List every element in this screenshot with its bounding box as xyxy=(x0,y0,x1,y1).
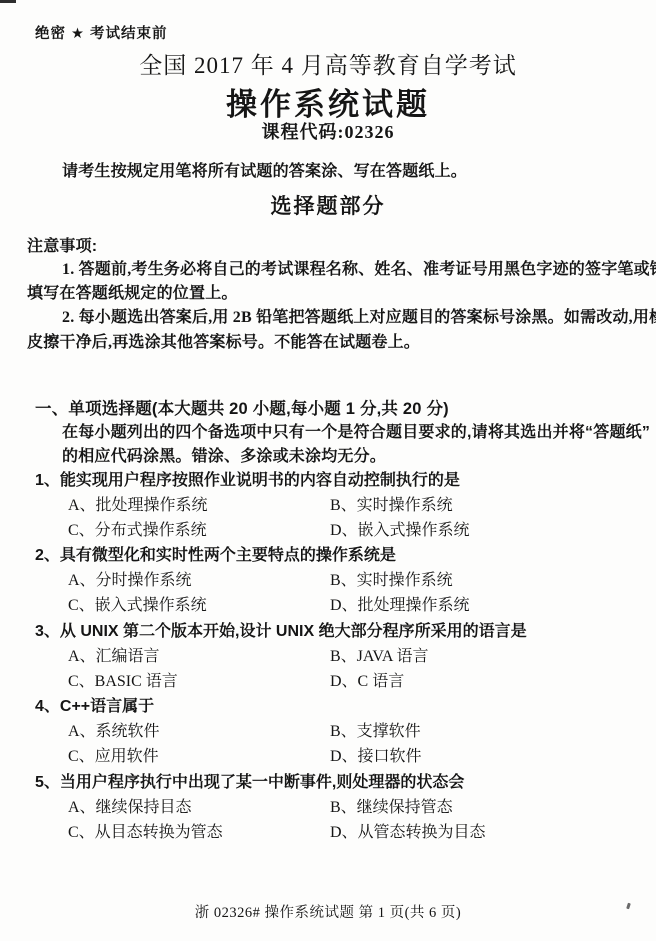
question-5-option-c: C、从目态转换为管态 xyxy=(68,819,223,842)
scan-artifact-mark xyxy=(0,0,16,3)
question-3-option-c: C、BASIC 语言 xyxy=(68,668,178,691)
question-5-option-b: B、继续保持管态 xyxy=(330,794,453,817)
question-3-options-row-2: C、BASIC 语言 D、C 语言 xyxy=(0,668,656,693)
question-1-stem: 1、能实现用户程序按照作业说明书的内容自动控制执行的是 xyxy=(0,467,656,492)
course-code: 课程代码:02326 xyxy=(0,118,656,144)
question-2-option-a: A、分时操作系统 xyxy=(68,567,192,590)
question-5-option-a: A、继续保持目态 xyxy=(68,794,192,817)
question-2-option-c: C、嵌入式操作系统 xyxy=(68,592,207,615)
section-one-instruction-line-1: 在每小题列出的四个备选项中只有一个是符合题目要求的,请将其选出并将“答题纸” xyxy=(62,419,650,442)
question-2-options-row-2: C、嵌入式操作系统 D、批处理操作系统 xyxy=(0,592,656,617)
question-1-option-b: B、实时操作系统 xyxy=(330,492,453,515)
notes-title: 注意事项: xyxy=(27,233,97,256)
question-4-option-a: A、系统软件 xyxy=(68,718,160,741)
question-1: 1、能实现用户程序按照作业说明书的内容自动控制执行的是 A、批处理操作系统 B、… xyxy=(0,467,656,542)
question-4-options-row-2: C、应用软件 D、接口软件 xyxy=(0,743,656,768)
question-3-stem: 3、从 UNIX 第二个版本开始,设计 UNIX 绝大部分程序所采用的语言是 xyxy=(0,618,656,643)
note-2-line-1: 2. 每小题选出答案后,用 2B 铅笔把答题纸上对应题目的答案标号涂黑。如需改动… xyxy=(62,304,656,327)
question-1-options-row-1: A、批处理操作系统 B、实时操作系统 xyxy=(0,492,656,517)
question-1-option-a: A、批处理操作系统 xyxy=(68,492,208,515)
question-1-option-c: C、分布式操作系统 xyxy=(68,517,207,540)
question-4-option-b: B、支撑软件 xyxy=(330,718,421,741)
section-part-heading: 选择题部分 xyxy=(0,190,656,220)
question-5-options-row-1: A、继续保持目态 B、继续保持管态 xyxy=(0,794,656,819)
question-5-stem: 5、当用户程序执行中出现了某一中断事件,则处理器的状态会 xyxy=(0,769,656,794)
question-3-options-row-1: A、汇编语言 B、JAVA 语言 xyxy=(0,643,656,668)
question-4-option-d: D、接口软件 xyxy=(330,743,422,766)
note-1-line-1: 1. 答题前,考生务必将自己的考试课程名称、姓名、准考证号用黑色字迹的签字笔或钢… xyxy=(62,256,656,279)
question-4-options-row-1: A、系统软件 B、支撑软件 xyxy=(0,718,656,743)
question-2-stem: 2、具有微型化和实时性两个主要特点的操作系统是 xyxy=(0,542,656,567)
question-4-option-c: C、应用软件 xyxy=(68,743,159,766)
question-2-option-d: D、批处理操作系统 xyxy=(330,592,470,615)
section-one-heading: 一、单项选择题(本大题共 20 小题,每小题 1 分,共 20 分) xyxy=(35,395,449,419)
question-1-options-row-2: C、分布式操作系统 D、嵌入式操作系统 xyxy=(0,517,656,542)
question-4: 4、C++语言属于 A、系统软件 B、支撑软件 C、应用软件 D、接口软件 xyxy=(0,693,656,768)
question-3-option-a: A、汇编语言 xyxy=(68,643,160,666)
question-2-option-b: B、实时操作系统 xyxy=(330,567,453,590)
question-2: 2、具有微型化和实时性两个主要特点的操作系统是 A、分时操作系统 B、实时操作系… xyxy=(0,542,656,617)
question-5: 5、当用户程序执行中出现了某一中断事件,则处理器的状态会 A、继续保持目态 B、… xyxy=(0,769,656,844)
question-4-stem: 4、C++语言属于 xyxy=(0,693,656,718)
classification-label: 绝密 ★ 考试结束前 xyxy=(35,22,168,43)
question-3-option-b: B、JAVA 语言 xyxy=(330,643,429,666)
note-1-line-2: 填写在答题纸规定的位置上。 xyxy=(27,280,238,303)
question-2-options-row-1: A、分时操作系统 B、实时操作系统 xyxy=(0,567,656,592)
section-one-instruction-line-2: 的相应代码涂黑。错涂、多涂或未涂均无分。 xyxy=(62,443,386,466)
question-5-options-row-2: C、从目态转换为管态 D、从管态转换为目态 xyxy=(0,819,656,844)
note-2-line-2: 皮擦干净后,再选涂其他答案标号。不能答在试题卷上。 xyxy=(27,329,420,352)
question-3: 3、从 UNIX 第二个版本开始,设计 UNIX 绝大部分程序所采用的语言是 A… xyxy=(0,618,656,693)
general-instruction: 请考生按规定用笔将所有试题的答案涂、写在答题纸上。 xyxy=(62,158,467,181)
page-footer: 浙 02326# 操作系统试题 第 1 页(共 6 页) xyxy=(0,901,656,922)
question-3-option-d: D、C 语言 xyxy=(330,668,404,691)
exam-paper-page: 绝密 ★ 考试结束前 全国 2017 年 4 月高等教育自学考试 操作系统试题 … xyxy=(0,0,656,941)
exam-session-title: 全国 2017 年 4 月高等教育自学考试 xyxy=(0,47,656,80)
question-1-option-d: D、嵌入式操作系统 xyxy=(330,517,470,540)
question-5-option-d: D、从管态转换为目态 xyxy=(330,819,486,842)
